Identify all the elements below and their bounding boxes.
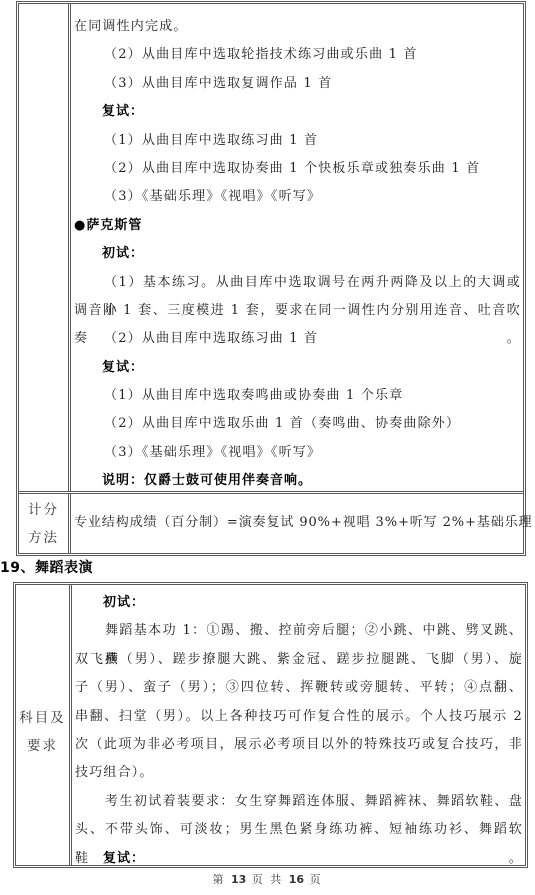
- subjects-label-line-2: 要求: [27, 732, 58, 760]
- text-line: 技巧组合）。: [75, 759, 523, 787]
- text-line: （2）从曲目库中选取乐曲 1 首（奏鸣曲、协奏曲除外）: [74, 410, 521, 438]
- text-line: （2）从曲目库中选取轮指技术练习曲或乐曲 1 首: [74, 41, 521, 69]
- text-line: （1）基本练习。从曲目库中选取调号在两升两降及以上的大调或小: [74, 269, 521, 297]
- text-line: （3）《基础乐理》《视唱》《听写》: [74, 439, 521, 467]
- retest-heading: 复试：: [74, 98, 521, 126]
- footer-suffix: 页: [310, 873, 323, 886]
- text-line: 调音阶 1 套、三度模进 1 套，要求在同一调性内分别用连音、吐音吹奏。: [74, 297, 521, 325]
- text-line: （1）从曲目库中选取奏鸣曲或协奏曲 1 个乐章: [74, 382, 521, 410]
- initial-test-heading: 初试：: [75, 589, 523, 617]
- saxophone-heading: ●萨克斯管: [74, 212, 521, 240]
- text-line: 子（男）、蛮子（男）；③四位转、挥鞭转或旁腿转、平转；④点翻、: [75, 674, 523, 702]
- scoring-label-cell: 计分 方法: [19, 494, 71, 553]
- text-line: 头、不带头饰、可淡妆；男生黑色紧身练功裤、短袖练功衫、舞蹈软鞋。: [75, 816, 523, 844]
- subjects-label-cell: 科目及 要求: [16, 585, 72, 865]
- section-heading-dance-performance: 19、舞蹈表演: [0, 557, 93, 577]
- requirements-label-cell: [19, 4, 71, 491]
- scoring-label-line-2: 方法: [28, 524, 59, 552]
- scoring-formula: 专业结构成绩（百分制）=演奏复试 90%+视唱 3%+听写 2%+基础乐理 5%: [74, 509, 535, 537]
- instrument-requirements-table: 在同调性内完成。 （2）从曲目库中选取轮指技术练习曲或乐曲 1 首 （3）从曲目…: [16, 1, 526, 556]
- footer-middle: 页 共: [252, 873, 284, 886]
- retest-heading: 复试：: [74, 354, 521, 382]
- text-line: （1）从曲目库中选取练习曲 1 首: [74, 127, 521, 155]
- text-line: 次（此项为非必考项目，展示必考项目以外的特殊技巧或复合技巧，非: [75, 731, 523, 759]
- scoring-row: 计分 方法 专业结构成绩（百分制）=演奏复试 90%+视唱 3%+听写 2%+基…: [19, 494, 523, 553]
- text-line: 在同调性内完成。: [74, 13, 521, 41]
- dance-requirements-table: 科目及 要求 初试： 舞蹈基本功 1：①踢、搬、控前旁后腿；②小跳、中跳、劈叉跳…: [13, 582, 528, 868]
- text-line: （3）从曲目库中选取复调作品 1 首: [74, 70, 521, 98]
- subjects-content-cell: 初试： 舞蹈基本功 1：①踢、搬、控前旁后腿；②小跳、中跳、劈叉跳、横 双飞燕（…: [72, 585, 525, 865]
- requirements-content-cell: 在同调性内完成。 （2）从曲目库中选取轮指技术练习曲或乐曲 1 首 （3）从曲目…: [71, 4, 523, 491]
- initial-test-heading: 初试：: [74, 240, 521, 268]
- current-page-number: 13: [231, 873, 246, 886]
- footer-prefix: 第: [212, 873, 225, 886]
- text-line: 考生初试着装要求：女生穿舞蹈连体服、舞蹈裤袜、舞蹈软鞋、盘: [75, 788, 523, 816]
- page-footer: 第 13 页 共 16 页: [0, 871, 535, 887]
- text-line: 双飞燕（男）、蹉步撩腿大跳、紫金冠、蹉步拉腿跳、飞脚（男）、旋: [75, 646, 523, 674]
- scoring-label-line-1: 计分: [28, 496, 59, 524]
- text-line: （2）从曲目库中选取协奏曲 1 个快板乐章或独奏乐曲 1 首: [74, 155, 521, 183]
- subjects-label-line-1: 科目及: [19, 704, 66, 732]
- scoring-content-cell: 专业结构成绩（百分制）=演奏复试 90%+视唱 3%+听写 2%+基础乐理 5%: [71, 494, 523, 553]
- total-pages-number: 16: [289, 873, 304, 886]
- text-line: 舞蹈基本功 1：①踢、搬、控前旁后腿；②小跳、中跳、劈叉跳、横: [75, 617, 523, 645]
- dance-subjects-row: 科目及 要求 初试： 舞蹈基本功 1：①踢、搬、控前旁后腿；②小跳、中跳、劈叉跳…: [16, 585, 525, 865]
- text-line: （3）《基础乐理》《视唱》《听写》: [74, 183, 521, 211]
- requirements-row: 在同调性内完成。 （2）从曲目库中选取轮指技术练习曲或乐曲 1 首 （3）从曲目…: [19, 4, 523, 491]
- text-line: 串翻、扫堂（男）。以上各种技巧可作复合性的展示。个人技巧展示 2: [75, 703, 523, 731]
